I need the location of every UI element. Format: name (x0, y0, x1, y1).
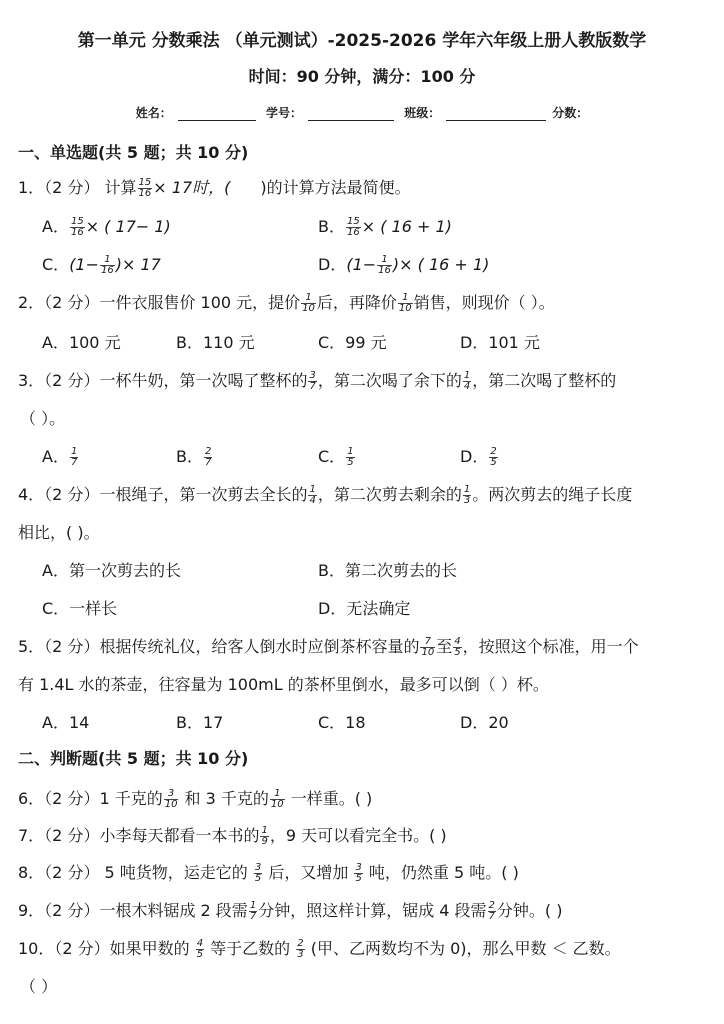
question-4-line2: 相比，( )。 (18, 520, 100, 543)
option-1c[interactable]: C．(1−116)× 17 (42, 252, 161, 276)
option-4b[interactable]: B．第二次剪去的长 (318, 558, 457, 581)
option-3c[interactable]: C．15 (318, 444, 356, 468)
section-title-single-choice: 一、单选题(共 5 题；共 10 分) (18, 140, 248, 163)
option-2a[interactable]: A．100 元 (42, 330, 121, 353)
question-5: 5．（2 分）根据传统礼仪，给客人倒水时应倒茶杯容量的710至45，按照这个标准… (18, 634, 639, 658)
id-blank[interactable] (308, 108, 394, 121)
option-1a[interactable]: A．1516× ( 17− 1) (42, 214, 171, 238)
option-3b[interactable]: B．27 (176, 444, 213, 468)
question-3: 3．（2 分）一杯牛奶，第一次喝了整杯的37，第二次喝了余下的14，第二次喝了整… (18, 368, 616, 392)
question-1: 1．（2 分） 计算1516× 17时，()的计算方法最简便。 (18, 175, 411, 199)
section-title-true-false: 二、判断题(共 5 题；共 10 分) (18, 746, 248, 769)
question-6: 6．（2 分）1 千克的310 和 3 千克的110 一样重。( ) (18, 786, 372, 810)
option-5d[interactable]: D．20 (460, 710, 509, 733)
fraction: 1516 (138, 178, 153, 199)
option-1d[interactable]: D．(1−116)× ( 16 + 1) (318, 252, 489, 276)
option-5a[interactable]: A．14 (42, 710, 89, 733)
class-label: 班级： (404, 106, 440, 120)
option-3a[interactable]: A．17 (42, 444, 79, 468)
question-3-blank: （ ）。 (20, 406, 65, 429)
option-2b[interactable]: B．110 元 (176, 330, 255, 353)
option-2d[interactable]: D．101 元 (460, 330, 540, 353)
page-title: 第一单元 分数乘法 （单元测试）-2025-2026 学年六年级上册人教版数学 (0, 26, 724, 51)
exam-time-info: 时间：90 分钟，满分：100 分 (0, 64, 724, 87)
option-1b[interactable]: B．1516× ( 16 + 1) (318, 214, 452, 238)
option-5b[interactable]: B．17 (176, 710, 223, 733)
option-4a[interactable]: A．第一次剪去的长 (42, 558, 181, 581)
class-blank[interactable] (446, 108, 546, 121)
question-9: 9．（2 分）一根木料锯成 2 段需17分钟，照这样计算，锯成 4 段需27分钟… (18, 898, 563, 922)
option-4d[interactable]: D．无法确定 (318, 596, 410, 619)
option-2c[interactable]: C．99 元 (318, 330, 387, 353)
question-4: 4．（2 分）一根绳子，第一次剪去全长的14，第二次剪去剩余的13。两次剪去的绳… (18, 482, 632, 506)
score-label: 分数： (552, 106, 588, 120)
option-4c[interactable]: C．一样长 (42, 596, 117, 619)
name-label: 姓名： (136, 106, 172, 120)
id-label: 学号： (266, 106, 302, 120)
question-10-blank: （ ） (20, 974, 57, 997)
question-2: 2．（2 分）一件衣服售价 100 元，提价110后，再降价110销售，则现价（… (18, 290, 555, 314)
question-7: 7．（2 分）小李每天都看一本书的19，9 天可以看完全书。( ) (18, 823, 447, 847)
name-blank[interactable] (178, 108, 256, 121)
question-5-line2: 有 1.4L 水的茶壶，往容量为 100mL 的茶杯里倒水，最多可以倒（ ）杯。 (18, 672, 549, 695)
question-10: 10．（2 分）如果甲数的 45 等于乙数的 23 (甲、乙两数均不为 0)，那… (18, 936, 621, 960)
student-info-row: 姓名： 学号： 班级：分数： (0, 104, 724, 121)
option-3d[interactable]: D．25 (460, 444, 499, 468)
option-5c[interactable]: C．18 (318, 710, 366, 733)
question-8: 8．（2 分） 5 吨货物，运走它的 35 后，又增加 35 吨，仍然重 5 吨… (18, 860, 519, 884)
